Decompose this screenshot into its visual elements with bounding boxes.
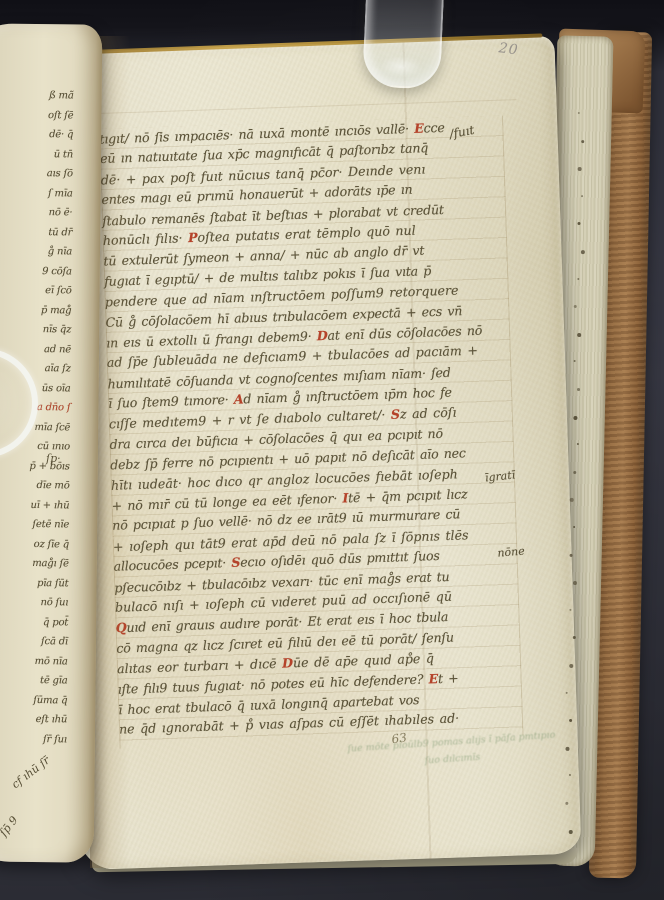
pricking-dot [570, 498, 574, 502]
pricking-dot [577, 388, 580, 391]
folio-number: 20 [498, 40, 520, 58]
margin-note-left: ſp· [46, 452, 61, 465]
pricking-dot [573, 471, 576, 474]
verso-line-fragment: dīe mō [0, 475, 70, 495]
ink-text: ın eıs ū extollı ū frangı debem9· [106, 328, 317, 350]
verso-line-fragment: pīa ſūt [0, 573, 69, 593]
ink-text: cce [423, 120, 444, 136]
ink-text: z ad cōſı [400, 405, 457, 422]
manuscript-photo: 20 tıgıt/ nō ſis ımpacıēs· nā ıuxā montē… [0, 0, 664, 900]
pricking-dot [569, 774, 571, 776]
verso-line-fragment: ſūma q̄ [0, 690, 67, 710]
rubricated-initial: S [231, 555, 240, 570]
pricking-dot [573, 636, 576, 639]
verso-line-fragment: tē gīa [0, 670, 68, 690]
verso-line-fragment: nō ſuı [0, 592, 68, 612]
verso-line-fragment: oſt ſē [0, 105, 74, 125]
verso-line-fragment: nīs q̄z [0, 319, 71, 339]
pricking-dot [569, 609, 571, 611]
ink-text: ūe dē ap̄e quıd ap̊e q̄ [293, 651, 434, 671]
verso-line-fragment: mag̊ı ſē [0, 553, 69, 573]
pricking-dot [581, 195, 583, 197]
ink-text: at enī dūs cōſolacōes nō [327, 323, 482, 343]
pricking-dot [577, 443, 579, 445]
verso-line-fragment: ſr̄ ſuı [0, 729, 67, 749]
verso-line-fragment: tū dr̄ [0, 222, 72, 242]
verso-line-fragment: eī ſcō [0, 280, 72, 300]
recto-page: 20 tıgıt/ nō ſis ımpacıēs· nā ıuxā montē… [51, 36, 582, 870]
pricking-dot [577, 222, 580, 225]
pricking-dot [573, 416, 577, 420]
rubricated-initial: P [188, 230, 198, 245]
verso-bottom-note-2: ſp̄ 9 [0, 814, 21, 839]
verso-line-fragment: nō ē· [0, 202, 73, 222]
ink-text: alıtas eor turbarı + dıcē [117, 656, 283, 677]
ink-text: allocucōes pcepıt· [113, 555, 231, 574]
pricking-dot [573, 526, 575, 528]
verso-bottom-note-1: cf ıhū ſr̄ [9, 754, 52, 791]
verso-line-fragment: q̄ pot̄ [0, 612, 68, 632]
pricking-dot [578, 167, 582, 171]
verso-line-fragment: aıs ſō [0, 163, 73, 183]
pricking-dot [569, 719, 572, 722]
gilt-top-edge [57, 33, 543, 55]
verso-line-fragment: mō nīa [0, 651, 68, 671]
verso-line-fragment: 9 cōſa [0, 261, 72, 281]
verso-line-fragment: oz ſīe q̄ [0, 534, 69, 554]
pricking-dot [577, 278, 579, 280]
text-block: tıgıt/ nō ſis ımpacıēs· nā ıuxā montē ın… [99, 116, 523, 749]
ink-text: ī ſuo ſtem9 tımore· [108, 392, 234, 411]
verso-line-fragment: ſcā dī [0, 631, 68, 651]
rubricated-initial: D [282, 655, 293, 670]
pricking-dot [565, 747, 569, 751]
verso-line-fragment: dē· q̄ [0, 124, 73, 144]
verso-line-fragment: ſ mīa [0, 183, 73, 203]
verso-line-fragment: g̊ nīa [0, 241, 72, 261]
verso-line-fragment: p̄ mag̊ [0, 300, 71, 320]
verso-line-fragment: ß mã [0, 85, 74, 105]
pricking-dot [570, 553, 573, 556]
pricking-dot [577, 333, 581, 337]
pricking-dot [569, 830, 573, 834]
pricking-dot [574, 305, 577, 308]
verso-line-fragment: uī + ıhū [0, 495, 69, 515]
verso-line-fragment: ū tn̄ [0, 144, 73, 164]
margin-note-right-2: nōne [497, 544, 525, 559]
pricking-dot [574, 360, 576, 362]
pricking-dot [573, 581, 577, 585]
ink-text: t + [438, 670, 459, 686]
pricking-dot [566, 691, 568, 693]
ink-text: honūclı fılıs· [103, 230, 189, 248]
verso-line-fragment: ſetē nīe [0, 514, 69, 534]
pricking-dot [569, 664, 573, 668]
pricking-dot [578, 112, 580, 114]
ink-text: tē + q̄m pcıpıt lıcz [348, 486, 468, 505]
verso-line-fragment: eſt ıhū [0, 709, 67, 729]
pricking-dot [581, 140, 584, 143]
pricking-dot [565, 802, 568, 805]
acrylic-book-snake [362, 0, 444, 90]
rubricated-initial: Q [115, 620, 126, 635]
pricking-dot [581, 250, 585, 254]
